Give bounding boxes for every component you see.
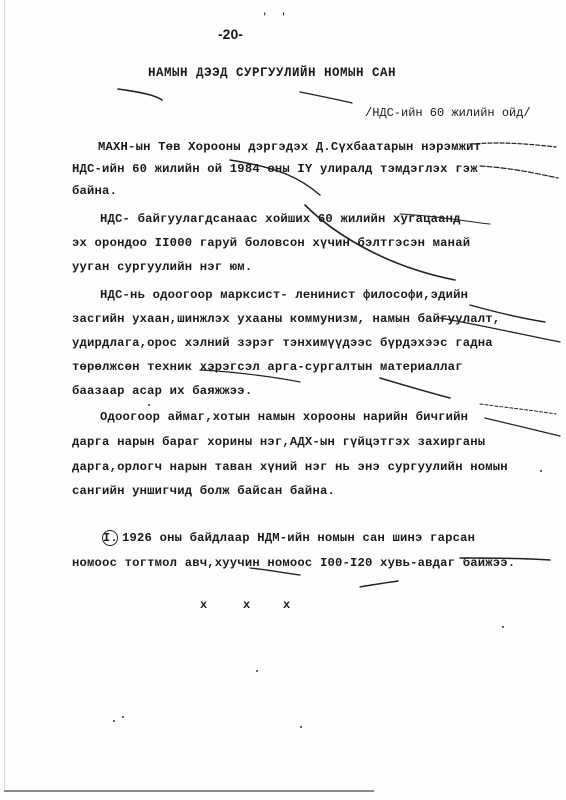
- scan-artifact-streaks: [0, 0, 566, 800]
- paragraph-4-line-1: Одоогоор аймаг,хотын намын хорооны нарий…: [100, 410, 468, 424]
- page-title: НАМЫН ДЭЭД СУРГУУЛИЙН НОМЫН САН: [148, 66, 396, 80]
- paragraph-1-line-1: МАХН-ын Төв Хорооны дэргэдэх Д.Сүхбаатар…: [98, 140, 481, 154]
- paragraph-3-line-4: төрөлжсөн техник хэрэгсэл арга-сургалтын…: [72, 360, 463, 374]
- separator-mark-1: x: [200, 598, 207, 612]
- paragraph-3-line-2: засгийн ухаан,шинжлэх ухааны коммунизм, …: [72, 312, 500, 326]
- paragraph-4-line-3: дарга,орлогч нарын таван хүний нэг нь эн…: [72, 460, 508, 474]
- paragraph-1-line-2: НДС-ийн 60 жилийн ой 1984 оны IY улиралд…: [72, 162, 478, 176]
- paragraph-3-line-1: НДС-нь одоогоор марксист- ленинист филос…: [100, 288, 468, 302]
- paragraph-3-line-3: удирдлага,орос хэлний зэрэг тэнхимүүдээс…: [72, 336, 493, 350]
- paragraph-2-line-1: НДС- байгуулагдсанаас хойших 60 жилийн х…: [100, 212, 461, 226]
- scan-speck: [540, 470, 542, 472]
- paragraph-2-line-3: ууган сургуулийн нэг юм.: [72, 260, 252, 274]
- page-subtitle: /НДС-ийн 60 жилийн ойд/: [365, 106, 531, 120]
- paragraph-1-line-3: байна.: [72, 184, 117, 198]
- page-edge: [4, 0, 5, 790]
- footnote-line-1: I.1926 оны байдлаар НДМ-ийн номын сан ши…: [102, 530, 475, 546]
- paragraph-4-line-4: сангийн уншигчид болж байсан байна.: [72, 484, 335, 498]
- scan-speck: [148, 404, 150, 406]
- footnote-line-2: номоос тогтмол авч,хуучин номоос I00-I20…: [72, 556, 515, 570]
- paragraph-3-line-5: баазаар асар их баяжжээ.: [72, 384, 252, 398]
- paragraph-2-line-2: эх орондоо II000 гаруй боловсон хүчин бэ…: [72, 236, 470, 250]
- scan-speck: [502, 626, 504, 628]
- footnote-number: I.: [102, 530, 118, 546]
- scan-speck: [300, 726, 302, 728]
- page-bottom-edge: [4, 790, 374, 792]
- separator-mark-2: x: [243, 598, 250, 612]
- scan-speck: [256, 670, 258, 672]
- top-marks: ' ': [262, 12, 290, 22]
- document-page: ' ' -20- НАМЫН ДЭЭД СУРГУУЛИЙН НОМЫН САН…: [0, 0, 566, 800]
- paragraph-4-line-2: дарга нарын бараг хорины нэг,АДХ-ын гүйц…: [72, 435, 485, 449]
- scan-speck: [122, 716, 124, 718]
- footnote-text-1: 1926 оны байдлаар НДМ-ийн номын сан шинэ…: [122, 531, 475, 545]
- page-number: -20-: [218, 26, 243, 42]
- scan-speck: [113, 720, 115, 722]
- separator-mark-3: x: [283, 598, 290, 612]
